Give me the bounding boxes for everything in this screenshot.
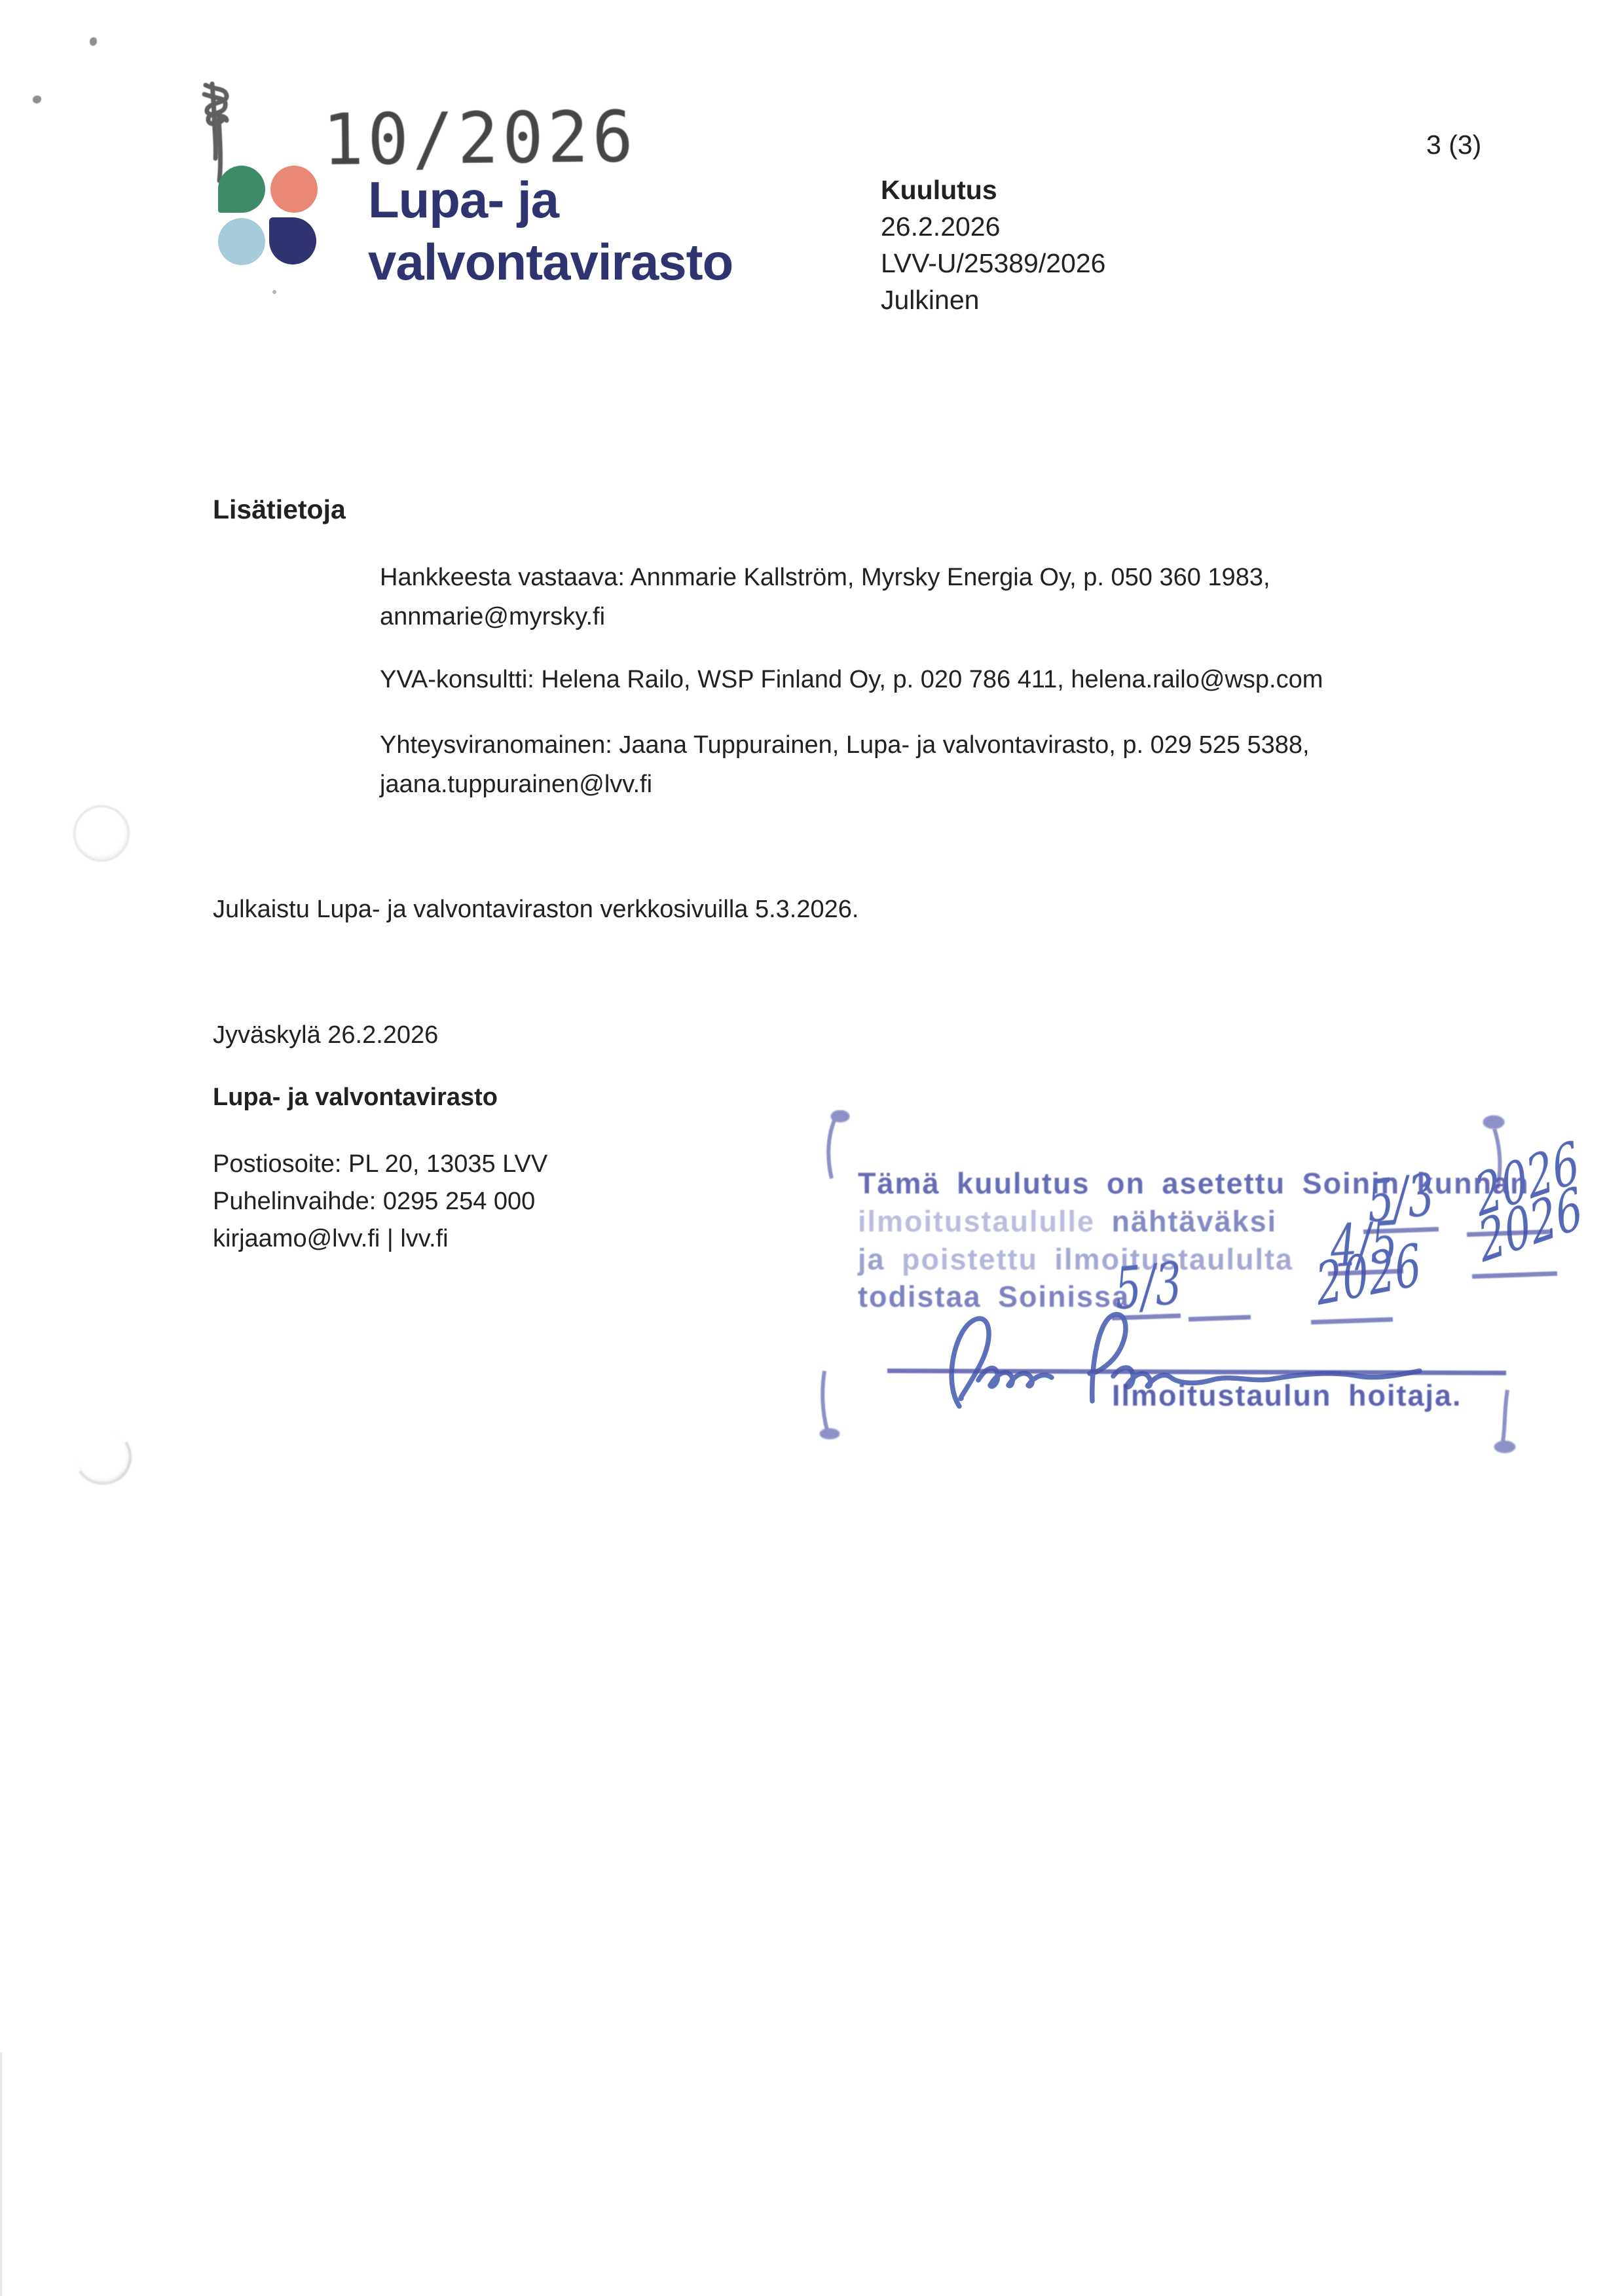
stamp-word: poistettu bbox=[902, 1243, 1038, 1276]
scan-speck bbox=[272, 290, 276, 294]
contact-paragraph: YVA-konsultti: Helena Railo, WSP Finland… bbox=[380, 660, 1428, 699]
contact-line: jaana.tuppurainen@lvv.fi bbox=[380, 765, 1428, 804]
document-type: Kuulutus bbox=[881, 172, 1105, 208]
punch-hole-artifact bbox=[73, 805, 130, 862]
contact-line: Yhteysviranomainen: Jaana Tuppurainen, L… bbox=[380, 725, 1428, 765]
scan-speck bbox=[33, 96, 41, 103]
logo-petal-green-icon bbox=[218, 166, 265, 213]
document-reference: LVV-U/25389/2026 bbox=[881, 245, 1105, 282]
stamp-word: nähtäväksi bbox=[1112, 1205, 1278, 1238]
stamp-word: ilmoitustaululle bbox=[858, 1205, 1095, 1238]
logo-petal-lightblue-icon bbox=[218, 218, 265, 265]
place-and-date: Jyväskylä 26.2.2026 bbox=[213, 1021, 438, 1049]
email-and-web: kirjaamo@lvv.fi | lvv.fi bbox=[213, 1220, 547, 1258]
phone-number: Puhelinvaihde: 0295 254 000 bbox=[213, 1183, 547, 1220]
agency-name-line2: valvontavirasto bbox=[368, 231, 733, 293]
document-visibility: Julkinen bbox=[881, 282, 1105, 318]
section-heading: Lisätietoja bbox=[213, 494, 346, 525]
contact-paragraph: Yhteysviranomainen: Jaana Tuppurainen, L… bbox=[380, 725, 1428, 804]
logo-petal-coral-icon bbox=[270, 166, 318, 213]
stamp-word: ja bbox=[858, 1243, 885, 1276]
published-note: Julkaistu Lupa- ja valvontaviraston verk… bbox=[213, 896, 858, 924]
notice-board-stamp: Tämä kuulutus on asetettu Soinin kunnan … bbox=[805, 1106, 1578, 1460]
address-block: Postiosoite: PL 20, 13035 LVV Puhelinvai… bbox=[213, 1146, 547, 1258]
postal-address: Postiosoite: PL 20, 13035 LVV bbox=[213, 1146, 547, 1183]
contact-paragraph: Hankkeesta vastaava: Annmarie Kallström,… bbox=[380, 558, 1428, 636]
contact-line: Hankkeesta vastaava: Annmarie Kallström,… bbox=[380, 558, 1428, 597]
logo-petal-navy-icon bbox=[269, 217, 316, 264]
page-number: 3 (3) bbox=[1426, 130, 1481, 160]
signer-title: Ilmoitustaulun hoitaja. bbox=[1112, 1379, 1462, 1413]
agency-name-line1: Lupa- ja bbox=[368, 169, 733, 231]
punch-hole-artifact bbox=[69, 1423, 137, 1490]
document-date: 26.2.2026 bbox=[881, 208, 1105, 245]
organization-name: Lupa- ja valvontavirasto bbox=[213, 1084, 498, 1112]
stamp-text-line2: ilmoitustaululle nähtäväksi bbox=[858, 1205, 1277, 1239]
contact-line: annmarie@myrsky.fi bbox=[380, 597, 1428, 636]
stamp-corner-mark bbox=[809, 1367, 845, 1442]
stamp-corner-mark bbox=[815, 1110, 851, 1185]
stamp-text-line3: ja poistettu ilmoitustaululta bbox=[858, 1243, 1293, 1277]
agency-logo-text: Lupa- ja valvontavirasto bbox=[368, 169, 733, 293]
scanned-document-page: 10/2026 3 (3) Lupa- ja valvontavirasto K… bbox=[0, 0, 1624, 2296]
scan-speck bbox=[90, 37, 97, 46]
contact-line: YVA-konsultti: Helena Railo, WSP Finland… bbox=[380, 660, 1428, 699]
document-header-block: Kuulutus 26.2.2026 LVV-U/25389/2026 Julk… bbox=[881, 172, 1105, 318]
agency-logo-mark bbox=[218, 166, 319, 266]
scan-edge-artifact bbox=[0, 2052, 2, 2296]
stamp-corner-mark bbox=[1488, 1387, 1524, 1459]
